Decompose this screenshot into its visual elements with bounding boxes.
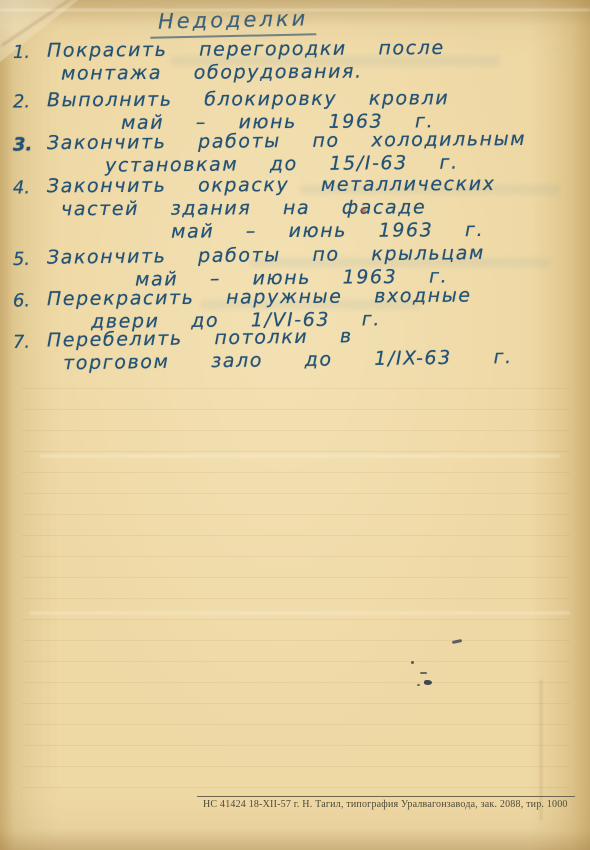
item-line: монтажа оборудования.: [61, 59, 582, 86]
item-number: 6.: [13, 289, 30, 312]
ink-speck: [424, 680, 432, 685]
item-number: 4.: [13, 176, 30, 199]
list-item-1: 1. Покрасить перегородки после монтажа о…: [10, 36, 582, 86]
imprint-rule: [197, 796, 575, 797]
ink-speck: [411, 661, 414, 664]
item-number: 1.: [13, 41, 30, 64]
bleed-through-ruled-lines: [22, 388, 570, 790]
item-line: Выполнить блокировку кровли: [47, 87, 582, 113]
ink-speck: [417, 684, 420, 686]
item-number: 7.: [13, 331, 31, 354]
horizontal-crease: [30, 612, 570, 614]
horizontal-crease: [40, 455, 560, 457]
list-item-4: 4. Закончить окраску металлических часте…: [10, 173, 582, 245]
item-number: 5.: [13, 248, 30, 271]
item-line: Закончить окраску металлических: [47, 173, 582, 199]
ink-speck: [452, 639, 462, 644]
ink-speck: [420, 672, 427, 674]
item-line: май – июнь 1963 г.: [171, 219, 582, 244]
page-title: Недоделки: [150, 7, 317, 38]
list-item-3: 3. Закончить работы по холодильным устан…: [10, 128, 582, 179]
item-line: частей здания на фасаде: [61, 196, 582, 222]
printer-imprint: НС 41424 18-XII-57 г. Н. Тагил, типограф…: [203, 799, 583, 810]
document-page: Недоделки 1. Покрасить перегородки после…: [0, 0, 590, 850]
red-stain-speck: [361, 208, 366, 213]
item-line: Закончить работы по холодильным: [47, 128, 582, 156]
list-item-7: 7. Перебелить потолки в торговом зало до…: [10, 322, 583, 376]
item-number: 3.: [13, 133, 33, 156]
item-number: 2.: [13, 90, 30, 113]
